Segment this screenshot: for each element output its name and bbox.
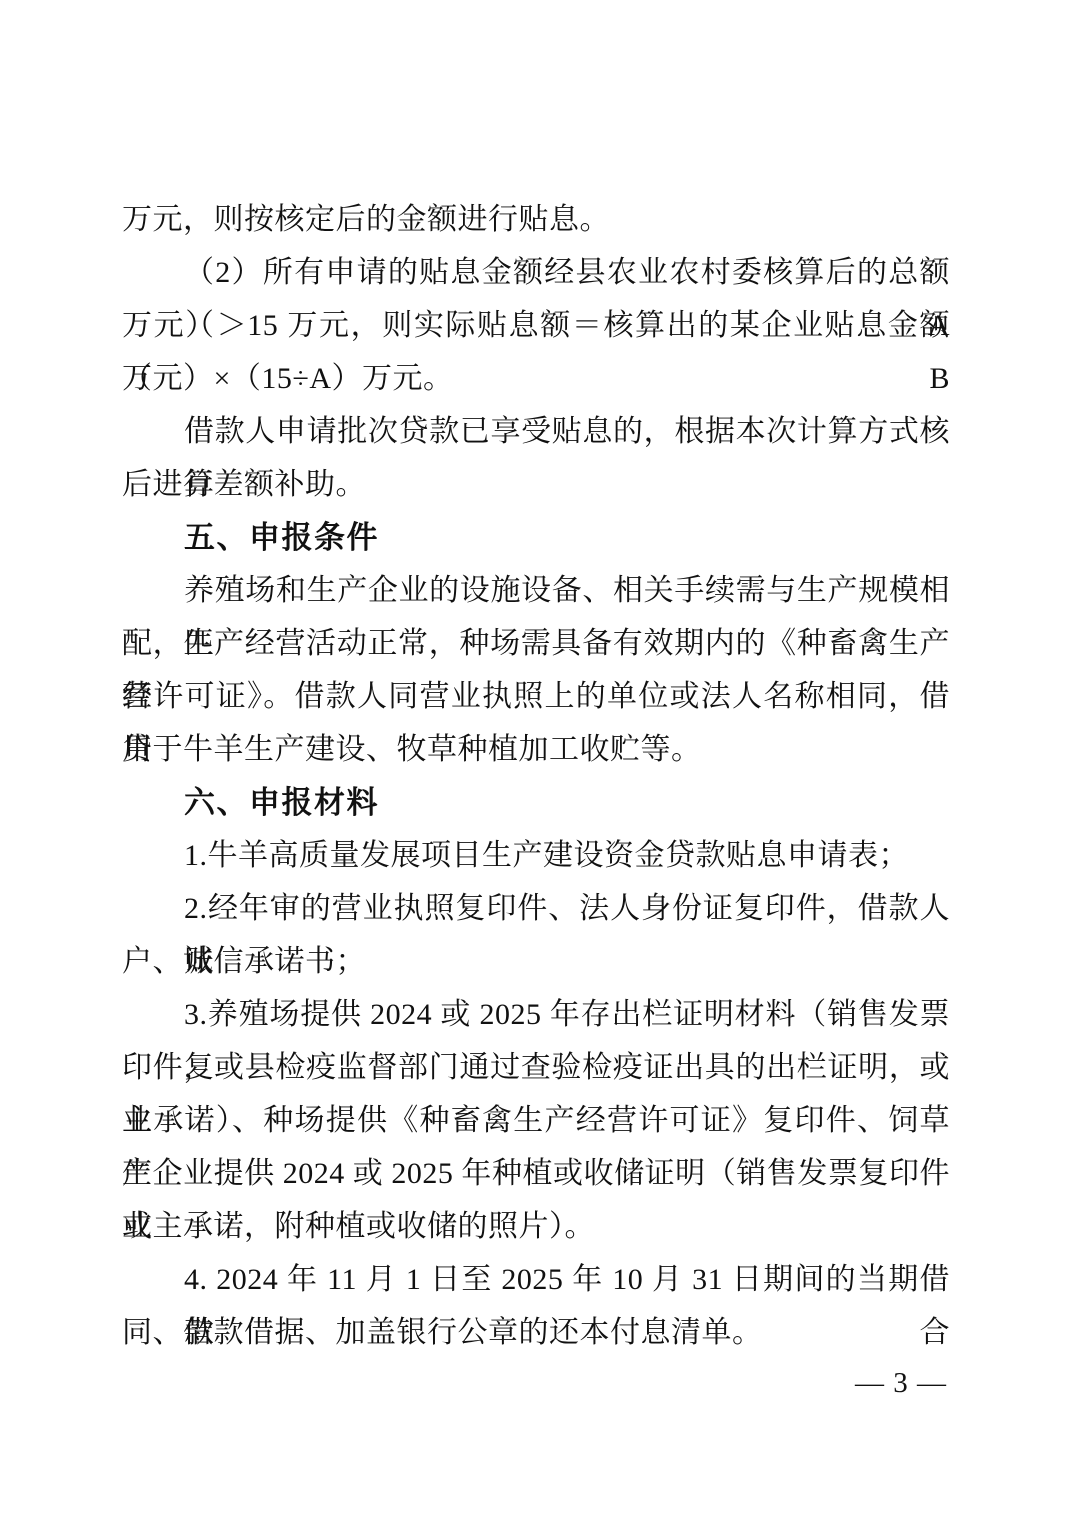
section-heading: 六、申报材料: [122, 776, 950, 829]
text-line: 1.牛羊高质量发展项目生产建设资金贷款贴息申请表；: [122, 829, 950, 882]
text-line: 配，生产经营活动正常，种场需具备有效期内的《种畜禽生产经: [122, 617, 950, 670]
text-line: 印件，或县检疫监督部门通过查验检疫证出具的出栏证明，或业: [122, 1041, 950, 1094]
text-line: 万元）＞15 万元，则实际贴息额＝核算出的某企业贴息金额（B: [122, 299, 950, 352]
text-line: 户、诚信承诺书；: [122, 935, 950, 988]
text-line: 后进行差额补助。: [122, 458, 950, 511]
page-content: 万元，则按核定后的金额进行贴息。（2）所有申请的贴息金额经县农业农村委核算后的总…: [122, 193, 950, 1359]
text-line: 4. 2024 年 11 月 1 日至 2025 年 10 月 31 日期间的当…: [122, 1253, 950, 1306]
section-heading: 五、申报条件: [122, 511, 950, 564]
page-number: — 3 —: [855, 1357, 947, 1410]
text-line: 业主承诺，附种植或收储的照片）。: [122, 1200, 950, 1253]
text-line: 产企业提供 2024 或 2025 年种植或收储证明（销售发票复印件或: [122, 1147, 950, 1200]
text-line: 3.养殖场提供 2024 或 2025 年存出栏证明材料（销售发票复: [122, 988, 950, 1041]
text-line: 养殖场和生产企业的设施设备、相关手续需与生产规模相匹: [122, 564, 950, 617]
text-line: 万元，则按核定后的金额进行贴息。: [122, 193, 950, 246]
text-line: 用于牛羊生产建设、牧草种植加工收贮等。: [122, 723, 950, 776]
text-line: 借款人申请批次贷款已享受贴息的，根据本次计算方式核算: [122, 405, 950, 458]
text-line: 2.经年审的营业执照复印件、法人身份证复印件，借款人账: [122, 882, 950, 935]
text-line: （2）所有申请的贴息金额经县农业农村委核算后的总额（A: [122, 246, 950, 299]
document-page: 万元，则按核定后的金额进行贴息。（2）所有申请的贴息金额经县农业农村委核算后的总…: [0, 0, 1074, 1520]
text-line: 主承诺）、种场提供《种畜禽生产经营许可证》复印件、饲草生: [122, 1094, 950, 1147]
text-line: 营许可证》。借款人同营业执照上的单位或法人名称相同，借贷: [122, 670, 950, 723]
